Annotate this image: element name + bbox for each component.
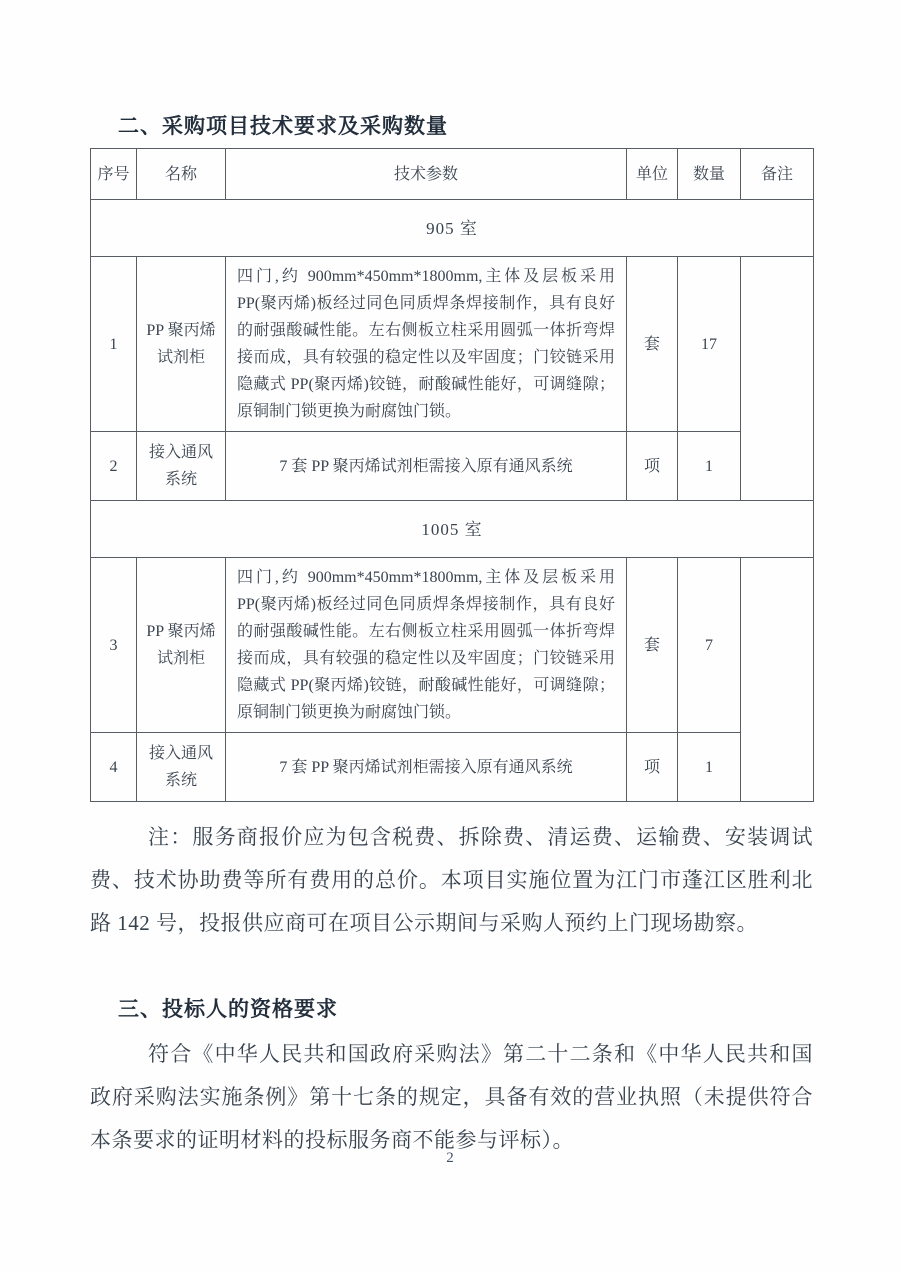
room-group-title-1005: 1005 室 <box>91 501 814 558</box>
cell-params: 7 套 PP 聚丙烯试剂柜需接入原有通风系统 <box>226 432 627 501</box>
cell-params: 四门,约 900mm*450mm*1800mm,主体及层板采用 PP(聚丙烯)板… <box>226 558 627 733</box>
note-paragraph: 注：服务商报价应为包含税费、拆除费、清运费、运输费、安装调试费、技术协助费等所有… <box>90 816 813 945</box>
cell-name: PP 聚丙烯试剂柜 <box>137 558 226 733</box>
cell-remark <box>741 558 814 802</box>
cell-remark <box>741 257 814 501</box>
header-cell-no: 序号 <box>91 149 137 200</box>
cell-name: 接入通风系统 <box>137 432 226 501</box>
room-group-row-905: 905 室 <box>91 200 814 257</box>
document-page: 二、采购项目技术要求及采购数量 序号 名称 技术参数 单位 数量 备注 <box>0 0 900 1272</box>
cell-unit: 项 <box>627 432 678 501</box>
cell-params: 7 套 PP 聚丙烯试剂柜需接入原有通风系统 <box>226 733 627 802</box>
cell-qty: 17 <box>678 257 741 432</box>
cell-qty: 1 <box>678 432 741 501</box>
table-row-4: 4 接入通风系统 7 套 PP 聚丙烯试剂柜需接入原有通风系统 项 1 <box>91 733 814 802</box>
cell-qty: 7 <box>678 558 741 733</box>
table-row-2: 2 接入通风系统 7 套 PP 聚丙烯试剂柜需接入原有通风系统 项 1 <box>91 432 814 501</box>
spec-table: 序号 名称 技术参数 单位 数量 备注 905 室 1 PP 聚丙烯试剂柜 四门… <box>90 148 814 802</box>
table-row-3: 3 PP 聚丙烯试剂柜 四门,约 900mm*450mm*1800mm,主体及层… <box>91 558 814 733</box>
cell-params: 四门,约 900mm*450mm*1800mm,主体及层板采用 PP(聚丙烯)板… <box>226 257 627 432</box>
cell-name: PP 聚丙烯试剂柜 <box>137 257 226 432</box>
header-cell-name: 名称 <box>137 149 226 200</box>
header-cell-params: 技术参数 <box>226 149 627 200</box>
table-row-1: 1 PP 聚丙烯试剂柜 四门,约 900mm*450mm*1800mm,主体及层… <box>91 257 814 432</box>
header-cell-qty: 数量 <box>678 149 741 200</box>
room-group-row-1005: 1005 室 <box>91 501 814 558</box>
cell-unit: 项 <box>627 733 678 802</box>
page-content: 二、采购项目技术要求及采购数量 序号 名称 技术参数 单位 数量 备注 <box>90 0 813 1162</box>
header-cell-unit: 单位 <box>627 149 678 200</box>
cell-no: 1 <box>91 257 137 432</box>
room-group-title-905: 905 室 <box>91 200 814 257</box>
table-header-row: 序号 名称 技术参数 单位 数量 备注 <box>91 149 814 200</box>
cell-name: 接入通风系统 <box>137 733 226 802</box>
cell-no: 3 <box>91 558 137 733</box>
qualification-paragraph: 符合《中华人民共和国政府采购法》第二十二条和《中华人民共和国政府采购法实施条例》… <box>90 1033 813 1162</box>
section-2-heading: 二、采购项目技术要求及采购数量 <box>118 114 813 140</box>
section-3-heading: 三、投标人的资格要求 <box>118 997 813 1023</box>
cell-unit: 套 <box>627 558 678 733</box>
page-number: 2 <box>0 1150 900 1167</box>
cell-unit: 套 <box>627 257 678 432</box>
cell-no: 4 <box>91 733 137 802</box>
header-cell-remark: 备注 <box>741 149 814 200</box>
cell-no: 2 <box>91 432 137 501</box>
cell-qty: 1 <box>678 733 741 802</box>
